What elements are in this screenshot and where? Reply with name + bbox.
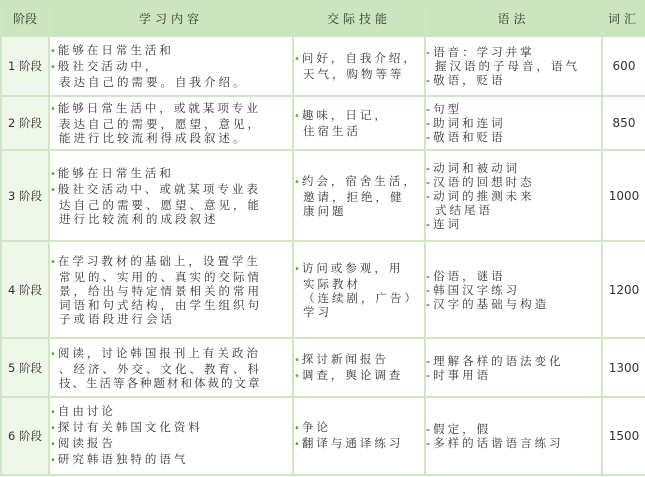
list-item-continuation: 学习 [294,305,424,319]
list-item: •约会，宿舍生活， [294,174,424,190]
bullet-icon: • [50,185,56,196]
bullet-icon: • [50,169,56,180]
list-item: -敬语，贬语 [426,73,601,87]
skills-cell: •争论 •翻译与通译练习 [293,397,425,475]
table-row: 2 阶段 •能够日常生活中，或就某项专业 表达自己的需要，愿望，意见， 能进行比… [1,96,645,150]
header-skills: 交际技能 [293,1,425,36]
dash-icon: - [426,102,430,116]
bullet-icon: • [50,104,56,115]
header-content: 学习内容 [49,1,293,36]
dash-icon: - [426,116,430,130]
list-item-continuation: 子或语段进行会话 [50,312,292,326]
list-item-continuation: 表达自己的需要。自我介绍。 [50,75,292,89]
dash-icon: - [426,73,430,87]
dash-icon: - [426,45,430,59]
vocab-cell: 850 [602,96,645,150]
dash-icon: - [426,422,430,436]
list-item: •访问或参观，用 [294,261,424,277]
list-item-continuation: 邀请，拒绝，健 [294,190,424,204]
list-item: -俗语，谜语 [426,269,601,283]
list-item: -语音：学习并掌 [426,45,601,59]
vocab-cell: 1000 [602,150,645,241]
curriculum-table: 阶段 学习内容 交际技能 语法 词汇 1 阶段 •能够在日常生活和 •般社交活动… [0,0,645,476]
bullet-icon: • [294,264,300,275]
bullet-icon: • [294,111,300,122]
skills-cell: •趣味，日记， 住宿生活 [293,96,425,150]
bullet-icon: • [50,349,56,360]
list-item: •阅读报告 [50,436,292,452]
dash-icon: - [426,161,430,175]
header-stage: 阶段 [1,1,49,36]
dash-icon: - [426,354,430,368]
bullet-icon: • [294,423,300,434]
bullet-icon: • [50,257,56,268]
header-vocab: 词汇 [602,1,645,36]
list-item: -多样的话谐语言练习 [426,436,601,450]
bullet-icon: • [294,54,300,65]
table-row: 1 阶段 •能够在日常生活和 •般社交活动中， 表达自己的需要。自我介绍。 •问… [1,36,645,96]
dash-icon: - [426,436,430,450]
dash-icon: - [426,283,430,297]
list-item: -动词的推测未来 [426,189,601,203]
content-cell: •能够日常生活中，或就某项专业 表达自己的需要，愿望，意见， 能进行比较流利得成… [49,96,293,150]
stage-cell: 5 阶段 [1,338,49,397]
list-item: -时事用语 [426,368,601,382]
bullet-icon: • [294,371,300,382]
list-item-continuation: 景，给出与特定情景相关的常用 [50,284,292,298]
list-item: •自由讨论 [50,404,292,420]
bullet-icon: • [50,62,56,73]
list-item: •争论 [294,420,424,436]
grammar-cell: -理解各样的语法变化 -时事用语 [425,338,602,397]
list-item: •调查，舆论调查 [294,368,424,384]
header-grammar: 语法 [425,1,602,36]
table-row: 6 阶段 •自由讨论 •探讨有关韩国文化资料 •阅读报告 •研究韩语独特的语气 … [1,397,645,475]
table-row: 3 阶段 •能够在日常生活和 •般社交活动中、或就某项专业表 达自己的需要、愿望… [1,150,645,241]
content-cell: •能够在日常生活和 •般社交活动中， 表达自己的需要。自我介绍。 [49,36,293,96]
dash-icon: - [426,175,430,189]
list-item-continuation: 康问题 [294,204,424,218]
list-item: -汉语的回想时态 [426,175,601,189]
dash-icon: - [426,269,430,283]
grammar-cell: -假定，假 -多样的话谐语言练习 [425,397,602,475]
content-cell: •阅读，讨论韩国报刊上有关政治 、经济、外交、文化、教育、科 技、生活等各种题材… [49,338,293,397]
grammar-cell: -语音：学习并掌 握汉语的子母音，语气 -敬语，贬语 [425,36,602,96]
vocab-cell: 1200 [602,241,645,338]
vocab-cell: 600 [602,36,645,96]
vocab-cell: 1300 [602,338,645,397]
list-item: •翻译与通译练习 [294,436,424,452]
content-cell: •自由讨论 •探讨有关韩国文化资料 •阅读报告 •研究韩语独特的语气 [49,397,293,475]
stage-cell: 6 阶段 [1,397,49,475]
list-item: •般社交活动中， [50,59,292,75]
list-item-continuation: 常见的、实用的、真实的交际情 [50,270,292,284]
list-item: -汉字的基础与构造 [426,297,601,311]
list-item-continuation: 表达自己的需要，愿望，意见， [50,117,292,131]
list-item: •能够在日常生活和 [50,166,292,182]
dash-icon: - [426,189,430,203]
bullet-icon: • [50,407,56,418]
dash-icon: - [426,297,430,311]
header-row: 阶段 学习内容 交际技能 语法 词汇 [1,1,645,36]
list-item: -敬语和贬语 [426,130,601,144]
bullet-icon: • [50,439,56,450]
list-item-continuation: 技、生活等各种题材和体裁的文章 [50,376,292,390]
list-item: •般社交活动中、或就某项专业表 [50,182,292,198]
list-item: •探讨新闻报告 [294,352,424,368]
bullet-icon: • [50,46,56,57]
list-item: •问好，自我介绍， [294,51,424,67]
stage-cell: 3 阶段 [1,150,49,241]
list-item: -连词 [426,217,601,231]
list-item-continuation: 实际教材 [294,277,424,291]
skills-cell: •约会，宿舍生活， 邀请，拒绝，健 康问题 [293,150,425,241]
list-item-continuation: 式结尾语 [426,203,601,217]
list-item: -韩国汉字练习 [426,283,601,297]
grammar-cell: -动词和被动词 -汉语的回想时态 -动词的推测未来 式结尾语 -连词 [425,150,602,241]
list-item-continuation: 达自己的需要、愿望、意见，能 [50,198,292,212]
list-item: •能够在日常生活和 [50,43,292,59]
list-item: -助词和连词 [426,116,601,130]
skills-cell: •访问或参观，用 实际教材 （连续剧，广告） 学习 [293,241,425,338]
bullet-icon: • [294,177,300,188]
list-item-continuation: 天气，购物等等 [294,67,424,81]
list-item: •趣味，日记， [294,108,424,124]
vocab-cell: 1500 [602,397,645,475]
list-item-continuation: 进行比较流利的成段叙述 [50,212,292,226]
list-item: -句型 [426,102,601,116]
stage-cell: 2 阶段 [1,96,49,150]
table-row: 4 阶段 •在学习教材的基础上，设置学生 常见的、实用的、真实的交际情 景，给出… [1,241,645,338]
list-item: •研究韩语独特的语气 [50,452,292,468]
bullet-icon: • [294,355,300,366]
list-item: -理解各样的语法变化 [426,354,601,368]
content-cell: •能够在日常生活和 •般社交活动中、或就某项专业表 达自己的需要、愿望、意见，能… [49,150,293,241]
list-item: -假定，假 [426,422,601,436]
grammar-cell: -俗语，谜语 -韩国汉字练习 -汉字的基础与构造 [425,241,602,338]
list-item: •在学习教材的基础上，设置学生 [50,254,292,270]
list-item: •阅读，讨论韩国报刊上有关政治 [50,346,292,362]
dash-icon: - [426,217,430,231]
stage-cell: 4 阶段 [1,241,49,338]
grammar-cell: -句型 -助词和连词 -敬语和贬语 [425,96,602,150]
list-item: •探讨有关韩国文化资料 [50,420,292,436]
list-item-continuation: 、经济、外交、文化、教育、科 [50,362,292,376]
list-item-continuation: 握汉语的子母音，语气 [426,59,601,73]
dash-icon: - [426,368,430,382]
stage-cell: 1 阶段 [1,36,49,96]
content-cell: •在学习教材的基础上，设置学生 常见的、实用的、真实的交际情 景，给出与特定情景… [49,241,293,338]
dash-icon: - [426,130,430,144]
list-item-continuation: 能进行比较流利得成段叙述。 [50,131,292,145]
list-item: •能够日常生活中，或就某项专业 [50,101,292,117]
list-item-continuation: 词语和句式结构，由学生组织句 [50,298,292,312]
list-item-continuation: 住宿生活 [294,124,424,138]
bullet-icon: • [50,423,56,434]
skills-cell: •问好，自我介绍， 天气，购物等等 [293,36,425,96]
skills-cell: •探讨新闻报告 •调查，舆论调查 [293,338,425,397]
table-row: 5 阶段 •阅读，讨论韩国报刊上有关政治 、经济、外交、文化、教育、科 技、生活… [1,338,645,397]
list-item: -动词和被动词 [426,161,601,175]
bullet-icon: • [50,455,56,466]
list-item-continuation: （连续剧，广告） [294,291,424,305]
bullet-icon: • [294,439,300,450]
